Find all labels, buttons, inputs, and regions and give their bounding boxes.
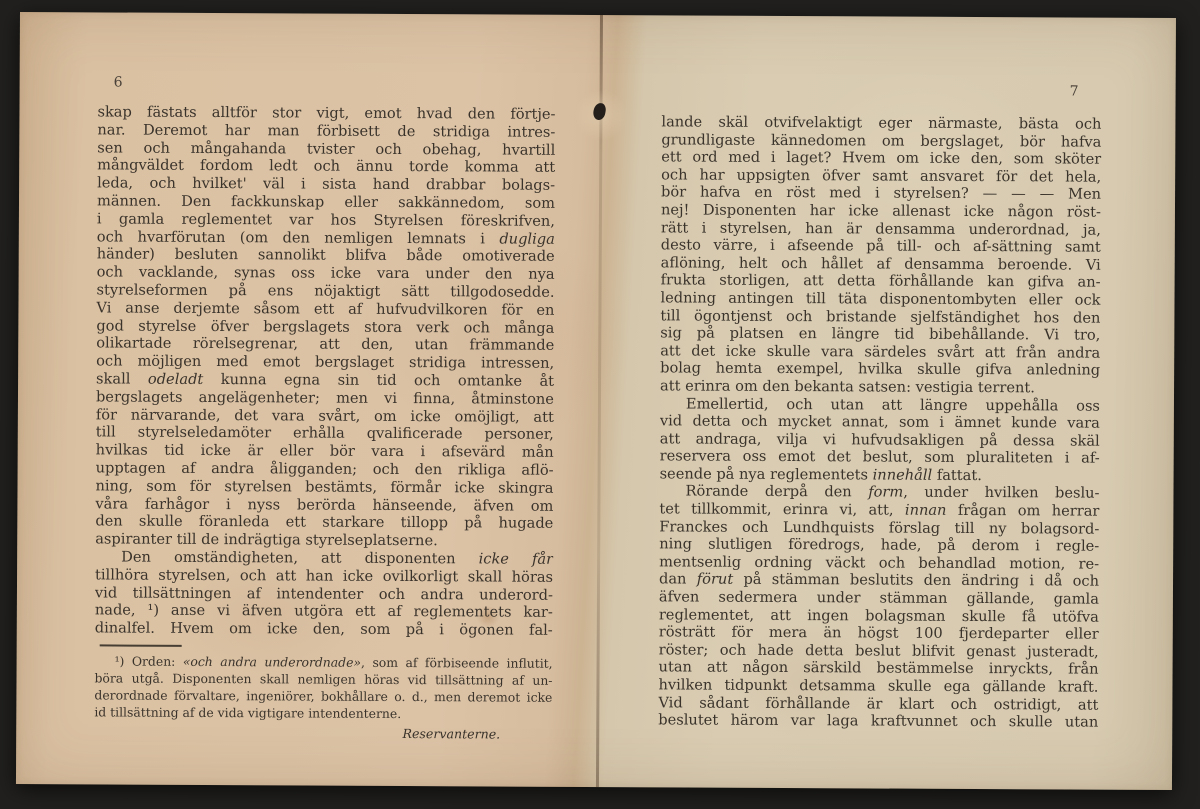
text-line: bergslagets angelägenheter; men vi finna…: [96, 388, 554, 408]
text-line: tillhöra styrelsen, och att han icke ovi…: [95, 566, 553, 586]
text-line: Emellertid, och utan att längre uppehåll…: [660, 395, 1100, 415]
footnote-signature: Reservanterne.: [94, 724, 552, 741]
text-line: sig på platsen en längre tid bibehålland…: [660, 324, 1100, 344]
text-line: och har uppsigten öfver samt ansvaret fö…: [661, 166, 1101, 186]
text-line: Den omständigheten, att disponenten icke…: [95, 548, 553, 568]
text-line: Vid sådant förhållande är klart och ostr…: [658, 694, 1098, 714]
text-line: nar. Deremot har man förbisett de stridi…: [97, 121, 555, 141]
text-line: frukta storligen, att detta förhållande …: [661, 272, 1101, 292]
right-page-text: lande skäl otvifvelaktigt eger närmaste,…: [658, 113, 1101, 731]
text-line: vid detta och mycket annat, som i ämnet …: [660, 412, 1100, 432]
text-line: nej! Disponenten har icke allenast icke …: [661, 201, 1101, 221]
text-line: och vacklande, synas oss icke vara under…: [97, 264, 555, 284]
text-line: äfven sedermera under stämman gällande, …: [659, 588, 1099, 608]
text-line: männen. Den fackkunskap eller sakkännedo…: [97, 192, 555, 212]
text-line: bolag hemta exempel, hvilka skulle gifva…: [660, 360, 1100, 380]
text-line: rätt i styrelsen, han är densamma undero…: [661, 219, 1101, 239]
text-line: att andraga, vilja vi hufvudsakligen på …: [660, 430, 1100, 450]
text-line: id tillsättning af de vida vigtigare int…: [94, 703, 552, 722]
text-line: ledning antingen till täta disponentomby…: [660, 289, 1100, 309]
text-line: ett ord med i laget? Hvem om icke den, s…: [661, 149, 1101, 169]
page-fold: [596, 15, 603, 787]
text-line: dinalfel. Hvem om icke den, som på i ögo…: [95, 620, 553, 640]
text-line: hvilkas tid icke är eller bör vara i afs…: [96, 442, 554, 462]
text-line: ning, som för styrelsen bestämts, förmår…: [95, 477, 553, 497]
text-line: styrelseformen på ens nöjaktigt sätt til…: [96, 281, 554, 301]
text-line: mentsenlig ordning väckt och behandlad m…: [659, 553, 1099, 573]
left-page-text: skap fästats alltför stor vigt, emot hva…: [95, 103, 556, 639]
text-line: utan att någon särskild bestämmelse inry…: [659, 659, 1099, 679]
text-line: att det icke skulle vara särdeles svårt …: [660, 342, 1100, 362]
footnote-rule: [100, 644, 182, 646]
text-line: mångväldet fordom ledt och ännu torde ko…: [97, 157, 555, 177]
footnote: ¹) Orden: «och andra underordnade», som …: [94, 652, 552, 722]
book-spread: 6 7 skap fästats alltför stor vigt, emot…: [16, 12, 1176, 790]
text-line: tet tillkommit, erinra vi, att, innan fr…: [659, 500, 1099, 520]
text-line: Vi anse derjemte såsom ett af hufvudvilk…: [96, 299, 554, 319]
page-number-right: 7: [1070, 83, 1080, 99]
text-line: upptagen af andra åligganden; och den ri…: [96, 459, 554, 479]
text-line: Rörande derpå den form, under hvilken be…: [659, 483, 1099, 503]
text-line: hvilken tidpunkt detsamma skulle ega gäl…: [658, 676, 1098, 696]
text-line: skall odeladt kunna egna sin tid och omt…: [96, 370, 554, 390]
text-line: skap fästats alltför stor vigt, emot hva…: [97, 103, 555, 123]
text-line: dan förut på stämman beslutits den ändri…: [659, 571, 1099, 591]
text-line: grundligaste kännedomen om bergslaget, b…: [661, 131, 1101, 151]
text-line: aspiranter till de indrägtiga styrelsepl…: [95, 531, 553, 551]
text-line: ning slutligen föredrogs, hade, på derom…: [659, 536, 1099, 556]
text-line: reglementet, att ingen bolagsman skulle …: [659, 606, 1099, 626]
text-line: lande skäl otvifvelaktigt eger närmaste,…: [661, 113, 1101, 133]
text-line: Franckes och Lundhquists förslag till ny…: [659, 518, 1099, 538]
text-line: seende på nya reglementets innehåll fatt…: [660, 465, 1100, 485]
text-line: i gamla reglementet var hos Styrelsen fö…: [97, 210, 555, 230]
staple-hole: [592, 102, 607, 121]
text-line: sen och mångahanda tvister och obehag, h…: [97, 139, 555, 159]
text-line: att erinra om den bekanta satsen: vestig…: [660, 377, 1100, 397]
text-line: rösträtt för mera än högst 100 fjerdepar…: [659, 624, 1099, 644]
text-line: aflöning, helt och hållet af densamma be…: [661, 254, 1101, 274]
text-line: röster; och hade detta beslut blifvit ge…: [659, 641, 1099, 661]
page-number-left: 6: [114, 74, 124, 90]
text-line: leda, och hvilket' väl i sista hand drab…: [97, 175, 555, 195]
text-line: reservera oss emot det beslut, som plura…: [660, 448, 1100, 468]
text-line: beslutet härom var laga kraftvunnet och …: [658, 712, 1098, 732]
text-line: desto värre, i afseende på till- och af-…: [661, 237, 1101, 257]
text-line: till ögontjenst och bristande sjelfständ…: [660, 307, 1100, 327]
text-line: bör hafva en röst med i styrelsen? — — —…: [661, 184, 1101, 204]
